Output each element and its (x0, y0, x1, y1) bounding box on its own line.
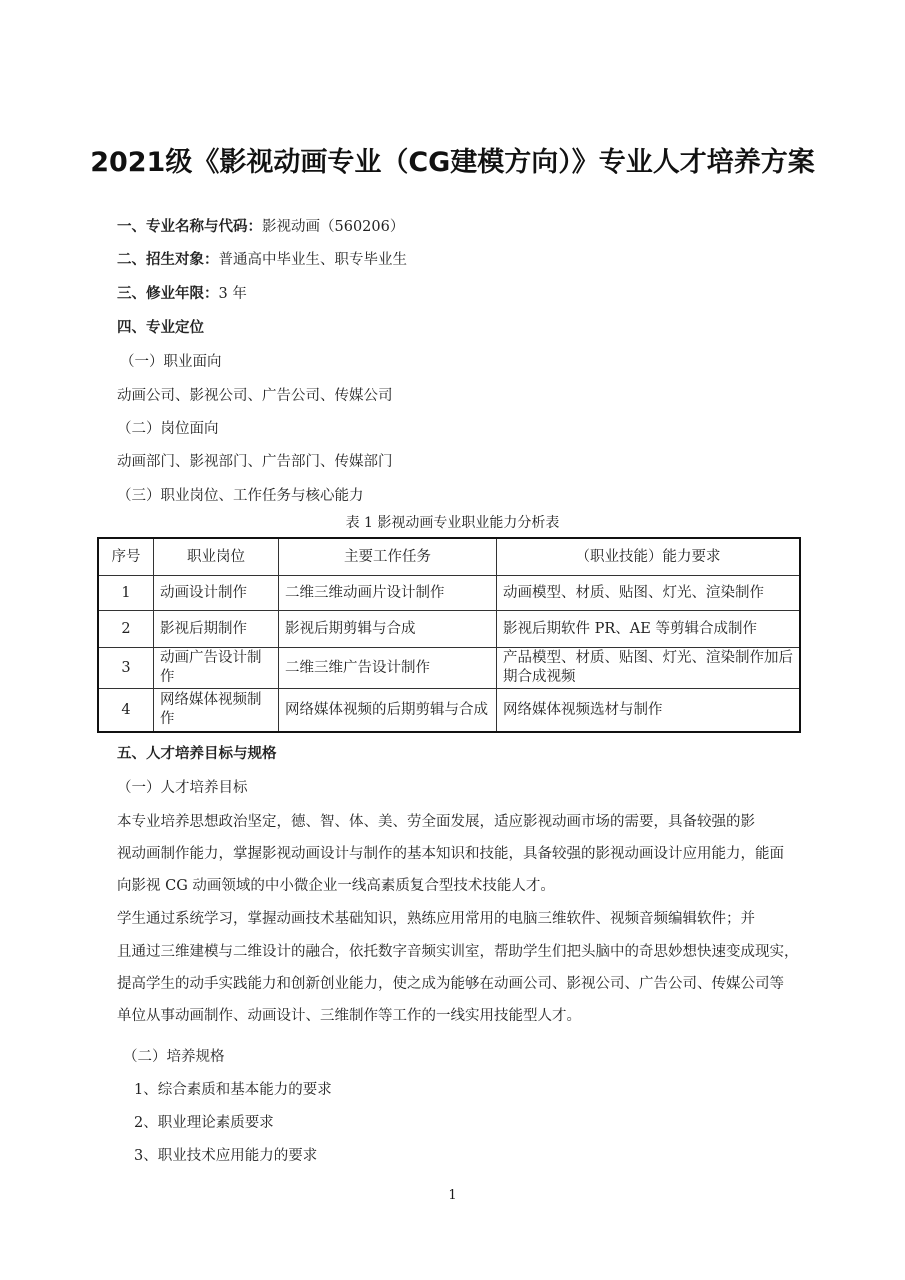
cell-requirement: 产品模型、材质、贴图、灯光、渲染制作加后期合成视频 (497, 648, 801, 689)
section-2: 二、招生对象：普通高中毕业生、职专毕业生 (117, 248, 407, 269)
table-row: 4 网络媒体视频制作 网络媒体视频的后期剪辑与合成 网络媒体视频选材与制作 (98, 689, 800, 733)
section-1-value: 影视动画（560206） (262, 219, 404, 235)
table-row: 1 动画设计制作 二维三维动画片设计制作 动画模型、材质、贴图、灯光、渲染制作 (98, 576, 800, 611)
cell-position: 动画设计制作 (154, 576, 279, 611)
spec-item-1: 1、综合素质和基本能力的要求 (134, 1078, 332, 1099)
section-4-2-heading: （二）岗位面向 (117, 417, 219, 438)
goal-paragraph-1-line-1: 本专业培养思想政治坚定，德、智、体、美、劳全面发展，适应影视动画市场的需要，具备… (117, 810, 755, 831)
document-title: 2021级《影视动画专业（CG建模方向）》专业人才培养方案 (0, 140, 905, 179)
cell-position: 影视后期制作 (154, 611, 279, 648)
section-4-1-heading: （一）职业面向 (120, 350, 222, 371)
section-1: 一、专业名称与代码：影视动画（560206） (117, 215, 404, 236)
table-row: 3 动画广告设计制作 二维三维广告设计制作 产品模型、材质、贴图、灯光、渲染制作… (98, 648, 800, 689)
goal-paragraph-1-line-3: 向影视 CG 动画领域的中小微企业一线高素质复合型技术技能人才。 (117, 874, 555, 895)
section-4-3-heading: （三）职业岗位、工作任务与核心能力 (117, 484, 364, 505)
goal-paragraph-2-line-4: 单位从事动画制作、动画设计、三维制作等工作的一线实用技能型人才。 (117, 1004, 581, 1025)
cell-no: 3 (98, 648, 154, 689)
section-2-label: 二、招生对象： (117, 252, 219, 268)
spec-item-3: 3、职业技术应用能力的要求 (134, 1144, 317, 1165)
goal-paragraph-2-line-1: 学生通过系统学习，掌握动画技术基础知识，熟练应用常用的电脑三维软件、视频音频编辑… (117, 907, 755, 928)
section-3-label: 三、修业年限： (117, 286, 219, 302)
section-5-heading: 五、人才培养目标与规格 (117, 742, 277, 763)
cell-task: 二维三维动画片设计制作 (279, 576, 497, 611)
section-4-heading: 四、专业定位 (117, 316, 204, 337)
cell-requirement: 网络媒体视频选材与制作 (497, 689, 801, 733)
cell-task: 二维三维广告设计制作 (279, 648, 497, 689)
cell-position: 网络媒体视频制作 (154, 689, 279, 733)
section-5-1-heading: （一）人才培养目标 (117, 776, 248, 797)
header-task: 主要工作任务 (279, 538, 497, 576)
section-1-label: 一、专业名称与代码： (117, 219, 262, 235)
page-number: 1 (0, 1188, 905, 1203)
cell-requirement: 动画模型、材质、贴图、灯光、渲染制作 (497, 576, 801, 611)
cell-no: 2 (98, 611, 154, 648)
cell-requirement: 影视后期软件 PR、AE 等剪辑合成制作 (497, 611, 801, 648)
section-2-value: 普通高中毕业生、职专毕业生 (219, 252, 408, 268)
table-caption: 表 1 影视动画专业职业能力分析表 (0, 512, 905, 532)
ability-table: 序号 职业岗位 主要工作任务 （职业技能）能力要求 1 动画设计制作 二维三维动… (97, 537, 801, 733)
cell-no: 1 (98, 576, 154, 611)
header-position: 职业岗位 (154, 538, 279, 576)
cell-no: 4 (98, 689, 154, 733)
header-requirement: （职业技能）能力要求 (497, 538, 801, 576)
goal-paragraph-2-line-2: 且通过三维建模与二维设计的融合，依托数字音频实训室，帮助学生们把头脑中的奇思妙想… (117, 940, 799, 961)
section-5-2-heading: （二）培养规格 (123, 1045, 225, 1066)
spec-item-2: 2、职业理论素质要求 (134, 1111, 274, 1132)
table-header-row: 序号 职业岗位 主要工作任务 （职业技能）能力要求 (98, 538, 800, 576)
table-row: 2 影视后期制作 影视后期剪辑与合成 影视后期软件 PR、AE 等剪辑合成制作 (98, 611, 800, 648)
cell-position: 动画广告设计制作 (154, 648, 279, 689)
cell-task: 网络媒体视频的后期剪辑与合成 (279, 689, 497, 733)
header-no: 序号 (98, 538, 154, 576)
cell-task: 影视后期剪辑与合成 (279, 611, 497, 648)
section-3-value: 3 年 (219, 286, 247, 302)
section-3: 三、修业年限：3 年 (117, 282, 247, 303)
goal-paragraph-1-line-2: 视动画制作能力，掌握影视动画设计与制作的基本知识和技能，具备较强的影视动画设计应… (117, 842, 784, 863)
section-4-2-value: 动画部门、影视部门、广告部门、传媒部门 (117, 450, 393, 471)
goal-paragraph-2-line-3: 提高学生的动手实践能力和创新创业能力，使之成为能够在动画公司、影视公司、广告公司… (117, 972, 784, 993)
section-4-1-value: 动画公司、影视公司、广告公司、传媒公司 (117, 384, 393, 405)
